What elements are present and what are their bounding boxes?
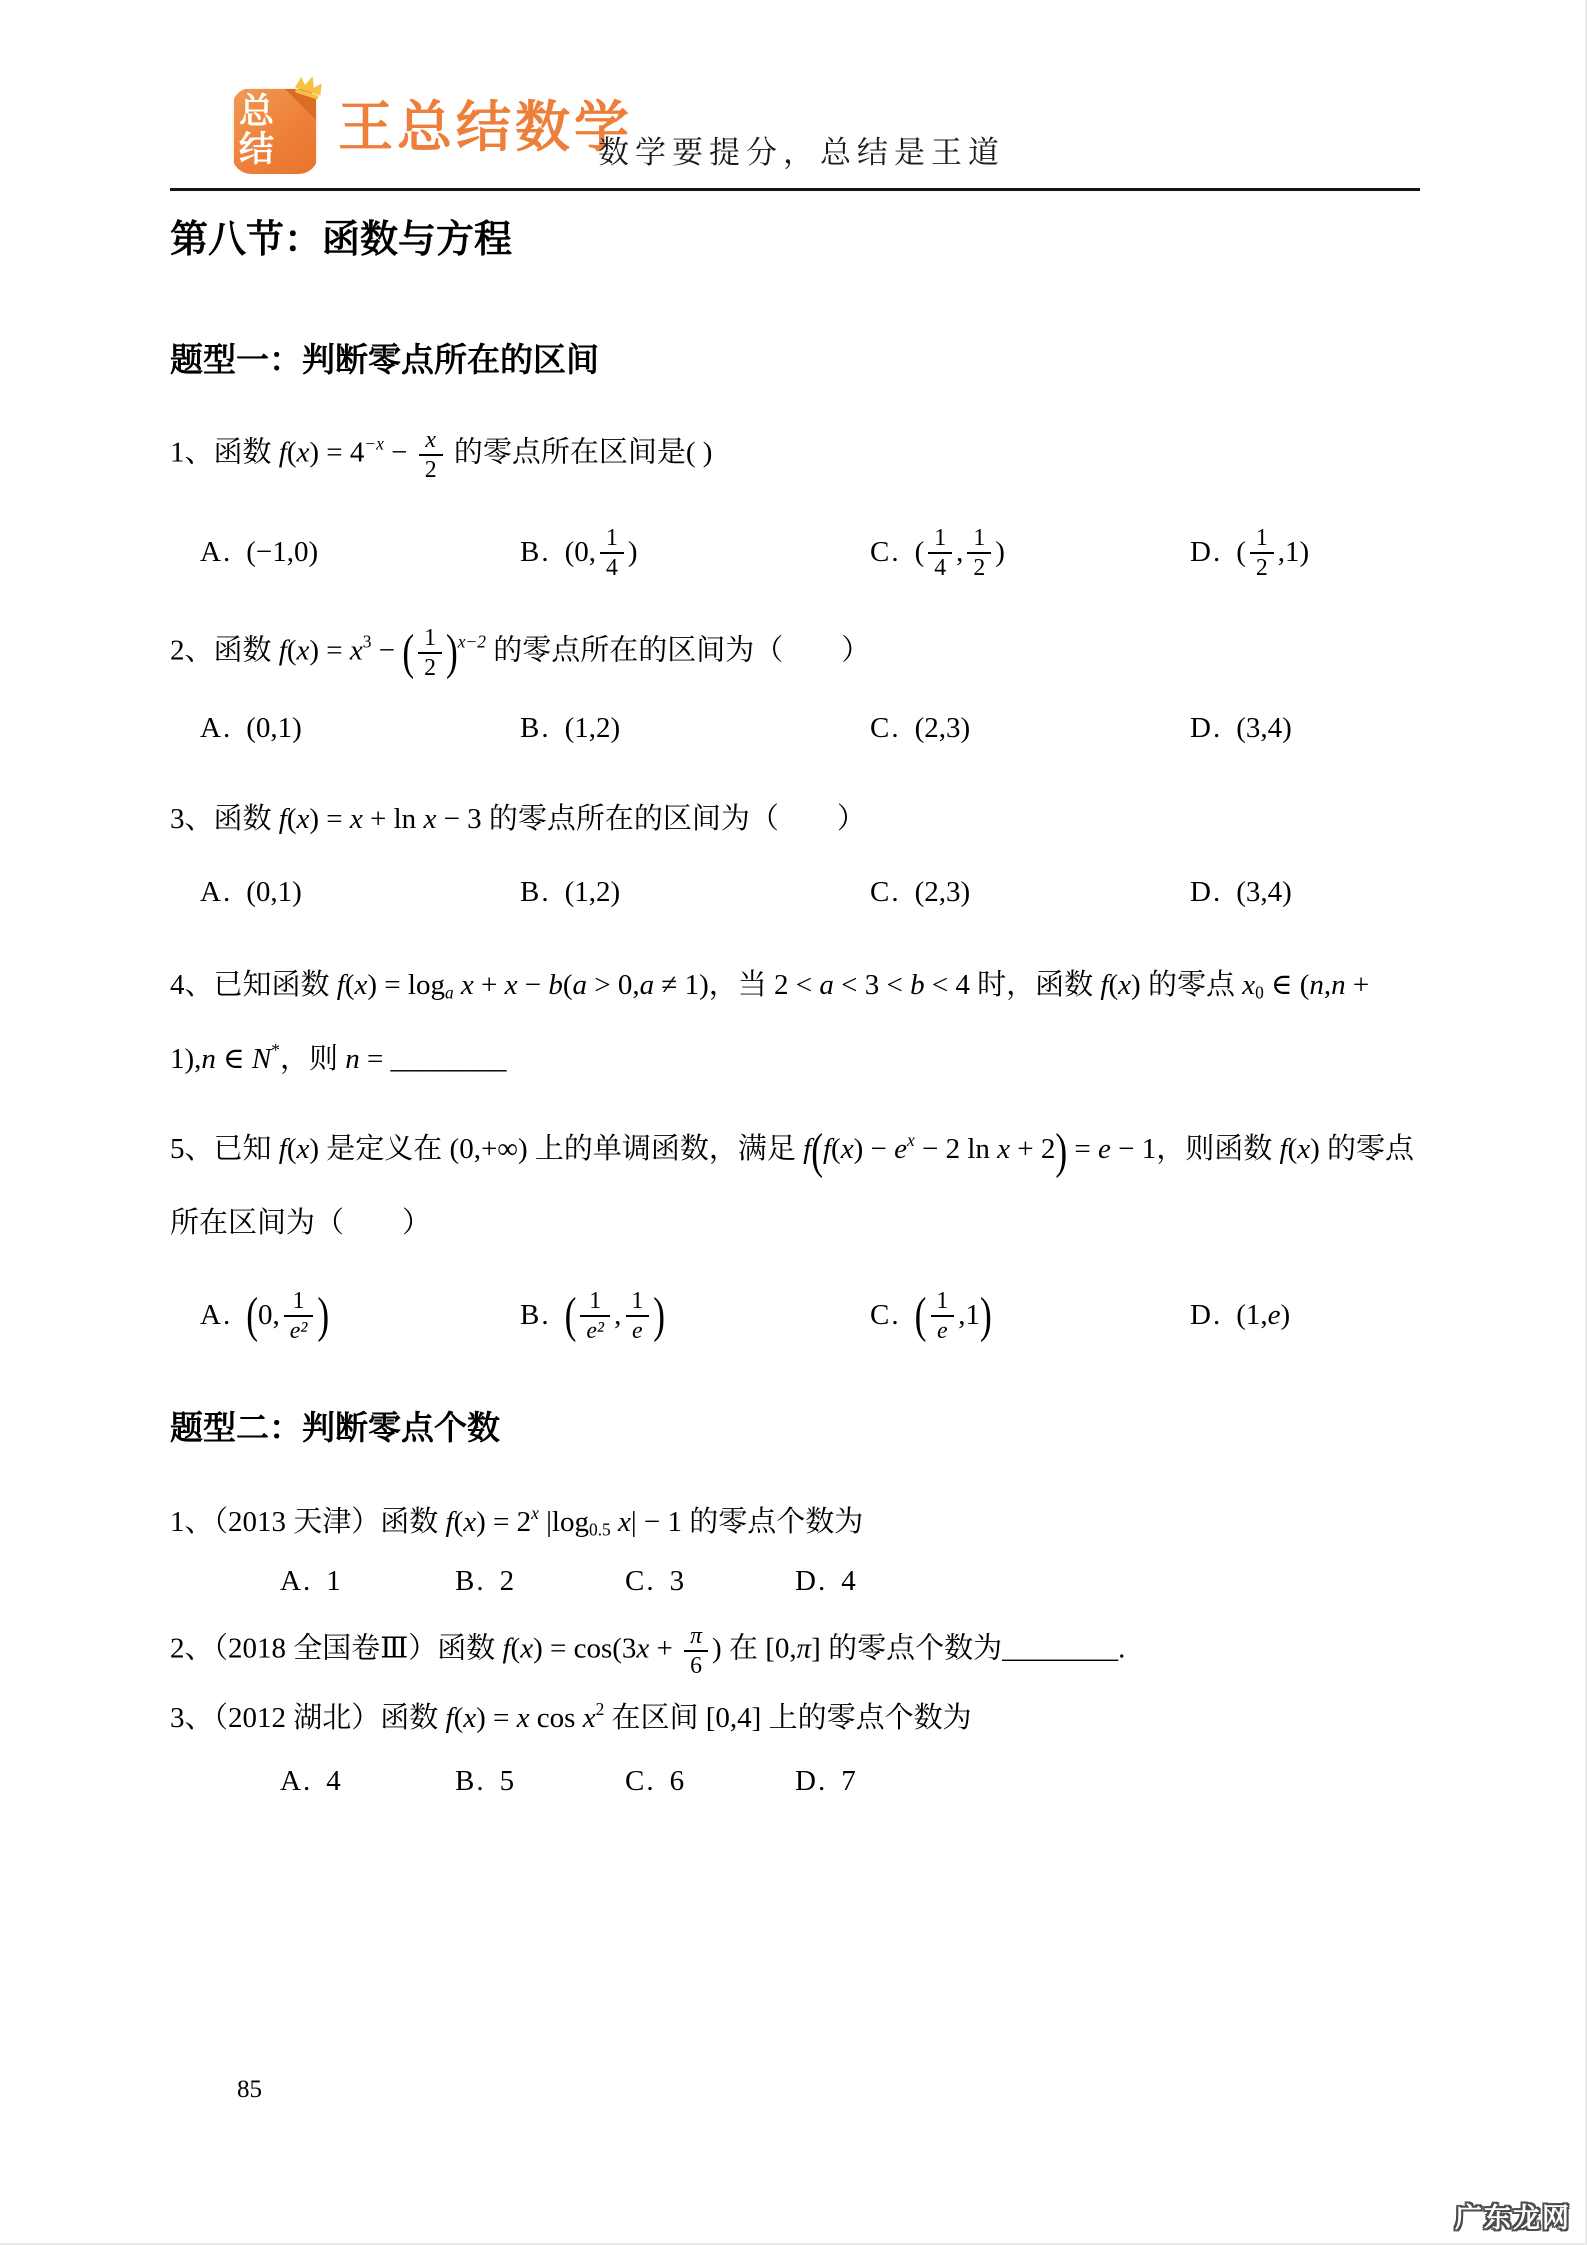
option-c: C.(14,12) [870, 524, 1190, 582]
option-label: C. [870, 876, 901, 909]
option-label: A. [200, 876, 232, 909]
option-label: A. [200, 712, 232, 745]
option-value: 4 [841, 1565, 856, 1598]
option-value: (1e,1) [915, 1287, 992, 1345]
option-d: D.(3,4) [1190, 712, 1420, 745]
option-label: A. [200, 1299, 232, 1332]
option-label: C. [625, 1765, 656, 1798]
option-label: D. [1190, 536, 1222, 569]
watermark: 广东龙网 [1455, 2196, 1571, 2235]
option-label: C. [870, 1299, 901, 1332]
option-value: 7 [841, 1765, 856, 1798]
brand-slogan: 数学要提分，总结是王道 [598, 127, 1005, 172]
worksheet-page: 总结 王总结数学 数学要提分，总结是王道 第八节：函数与方程 题型一：判断零点所… [0, 0, 1587, 2245]
option-value: 2 [500, 1565, 515, 1598]
s1-q1-options: A.(−1,0) B.(0,14) C.(14,12) D.(12,1) [170, 524, 1420, 582]
s1-q1-stem: 1、函数 f(x) = 4−x − x2 的零点所在区间是( ) [170, 426, 1420, 484]
brand-name: 王总结数学 [338, 94, 633, 160]
option-d: D.4 [795, 1565, 1420, 1598]
option-label: C. [870, 536, 901, 569]
s1-q2-options: A.(0,1) B.(1,2) C.(2,3) D.(3,4) [170, 712, 1420, 745]
option-label: A. [200, 536, 232, 569]
option-label: C. [870, 712, 901, 745]
s1-q3-stem: 3、函数 f(x) = x + ln x − 3 的零点所在的区间为（ ） [170, 797, 1420, 842]
option-a: A.(0,1e²) [200, 1287, 520, 1345]
option-d: D.(12,1) [1190, 524, 1420, 582]
page-content: 总结 王总结数学 数学要提分，总结是王道 第八节：函数与方程 题型一：判断零点所… [170, 0, 1420, 1798]
option-value: (2,3) [915, 876, 971, 909]
option-label: B. [520, 536, 551, 569]
option-label: B. [455, 1565, 486, 1598]
option-b: B.(1,2) [520, 876, 870, 909]
option-value: (1e²,1e) [565, 1287, 665, 1345]
option-label: B. [520, 876, 551, 909]
option-b: B.2 [455, 1565, 625, 1598]
option-b: B.(1e²,1e) [520, 1287, 870, 1345]
option-value: (12,1) [1236, 524, 1309, 582]
page-title: 第八节：函数与方程 [170, 217, 1420, 265]
option-c: C.(2,3) [870, 876, 1190, 909]
s1-q3-options: A.(0,1) B.(1,2) C.(2,3) D.(3,4) [170, 876, 1420, 909]
option-value: (3,4) [1236, 876, 1292, 909]
option-b: B.5 [455, 1765, 625, 1798]
option-a: A.4 [280, 1765, 455, 1798]
option-value: (14,12) [915, 524, 1005, 582]
option-a: A.(0,1) [200, 712, 520, 745]
option-value: (0,1e²) [246, 1287, 329, 1345]
s2-q3-options: A.4 B.5 C.6 D.7 [170, 1765, 1420, 1798]
option-c: C.(1e,1) [870, 1287, 1190, 1345]
option-value: 6 [670, 1765, 685, 1798]
s1-q5-options: A.(0,1e²) B.(1e²,1e) C.(1e,1) D.(1,e) [170, 1287, 1420, 1345]
option-label: D. [795, 1765, 827, 1798]
option-label: D. [1190, 712, 1222, 745]
option-c: C.(2,3) [870, 712, 1190, 745]
s1-q2-stem: 2、函数 f(x) = x3 − (12)x−2 的零点所在的区间为（ ） [170, 624, 1420, 682]
option-a: A.(0,1) [200, 876, 520, 909]
option-a: A.(−1,0) [200, 536, 520, 569]
option-value: 5 [500, 1765, 515, 1798]
option-value: (0,1) [246, 876, 302, 909]
s2-q3-stem: 3、（2012 湖北）函数 f(x) = x cos x2 在区间 [0,4] … [170, 1696, 1420, 1741]
option-value: 4 [326, 1765, 341, 1798]
page-number: 85 [237, 2076, 262, 2104]
s2-q2-stem: 2、（2018 全国卷Ⅲ）函数 f(x) = cos(3x + π6) 在 [0… [170, 1622, 1420, 1680]
brand-logo-badge: 总结 [232, 88, 318, 174]
option-value: (0,14) [565, 524, 638, 582]
section1-heading: 题型一：判断零点所在的区间 [170, 339, 1420, 380]
option-label: B. [455, 1765, 486, 1798]
page-header: 总结 王总结数学 数学要提分，总结是王道 [170, 0, 1420, 191]
option-value: (1,2) [565, 876, 621, 909]
option-label: B. [520, 712, 551, 745]
option-d: D.(1,e) [1190, 1299, 1420, 1332]
option-label: D. [795, 1565, 827, 1598]
option-value: (−1,0) [246, 536, 318, 569]
option-label: C. [625, 1565, 656, 1598]
option-value: 1 [326, 1565, 341, 1598]
option-d: D.(3,4) [1190, 876, 1420, 909]
option-label: A. [280, 1565, 312, 1598]
option-b: B.(0,14) [520, 524, 870, 582]
option-label: A. [280, 1765, 312, 1798]
option-value: (3,4) [1236, 712, 1292, 745]
option-c: C.6 [625, 1765, 795, 1798]
option-value: (0,1) [246, 712, 302, 745]
s1-q4-stem: 4、已知函数 f(x) = loga x + x − b(a > 0,a ≠ 1… [170, 949, 1420, 1097]
s2-q1-options: A.1 B.2 C.3 D.4 [170, 1565, 1420, 1598]
s2-q1-stem: 1、（2013 天津）函数 f(x) = 2x |log0.5 x| − 1 的… [170, 1500, 1420, 1545]
option-label: D. [1190, 876, 1222, 909]
option-label: D. [1190, 1299, 1222, 1332]
option-d: D.7 [795, 1765, 1420, 1798]
option-value: 3 [670, 1565, 685, 1598]
option-value: (2,3) [915, 712, 971, 745]
option-a: A.1 [280, 1565, 455, 1598]
option-value: (1,2) [565, 712, 621, 745]
s1-q5-stem: 5、已知 f(x) 是定义在 (0,+∞) 上的单调函数，满足 f(f(x) −… [170, 1113, 1420, 1261]
option-label: B. [520, 1299, 551, 1332]
option-c: C.3 [625, 1565, 795, 1598]
option-b: B.(1,2) [520, 712, 870, 745]
section2-heading: 题型二：判断零点个数 [170, 1407, 1420, 1448]
option-value: (1,e) [1236, 1299, 1290, 1332]
